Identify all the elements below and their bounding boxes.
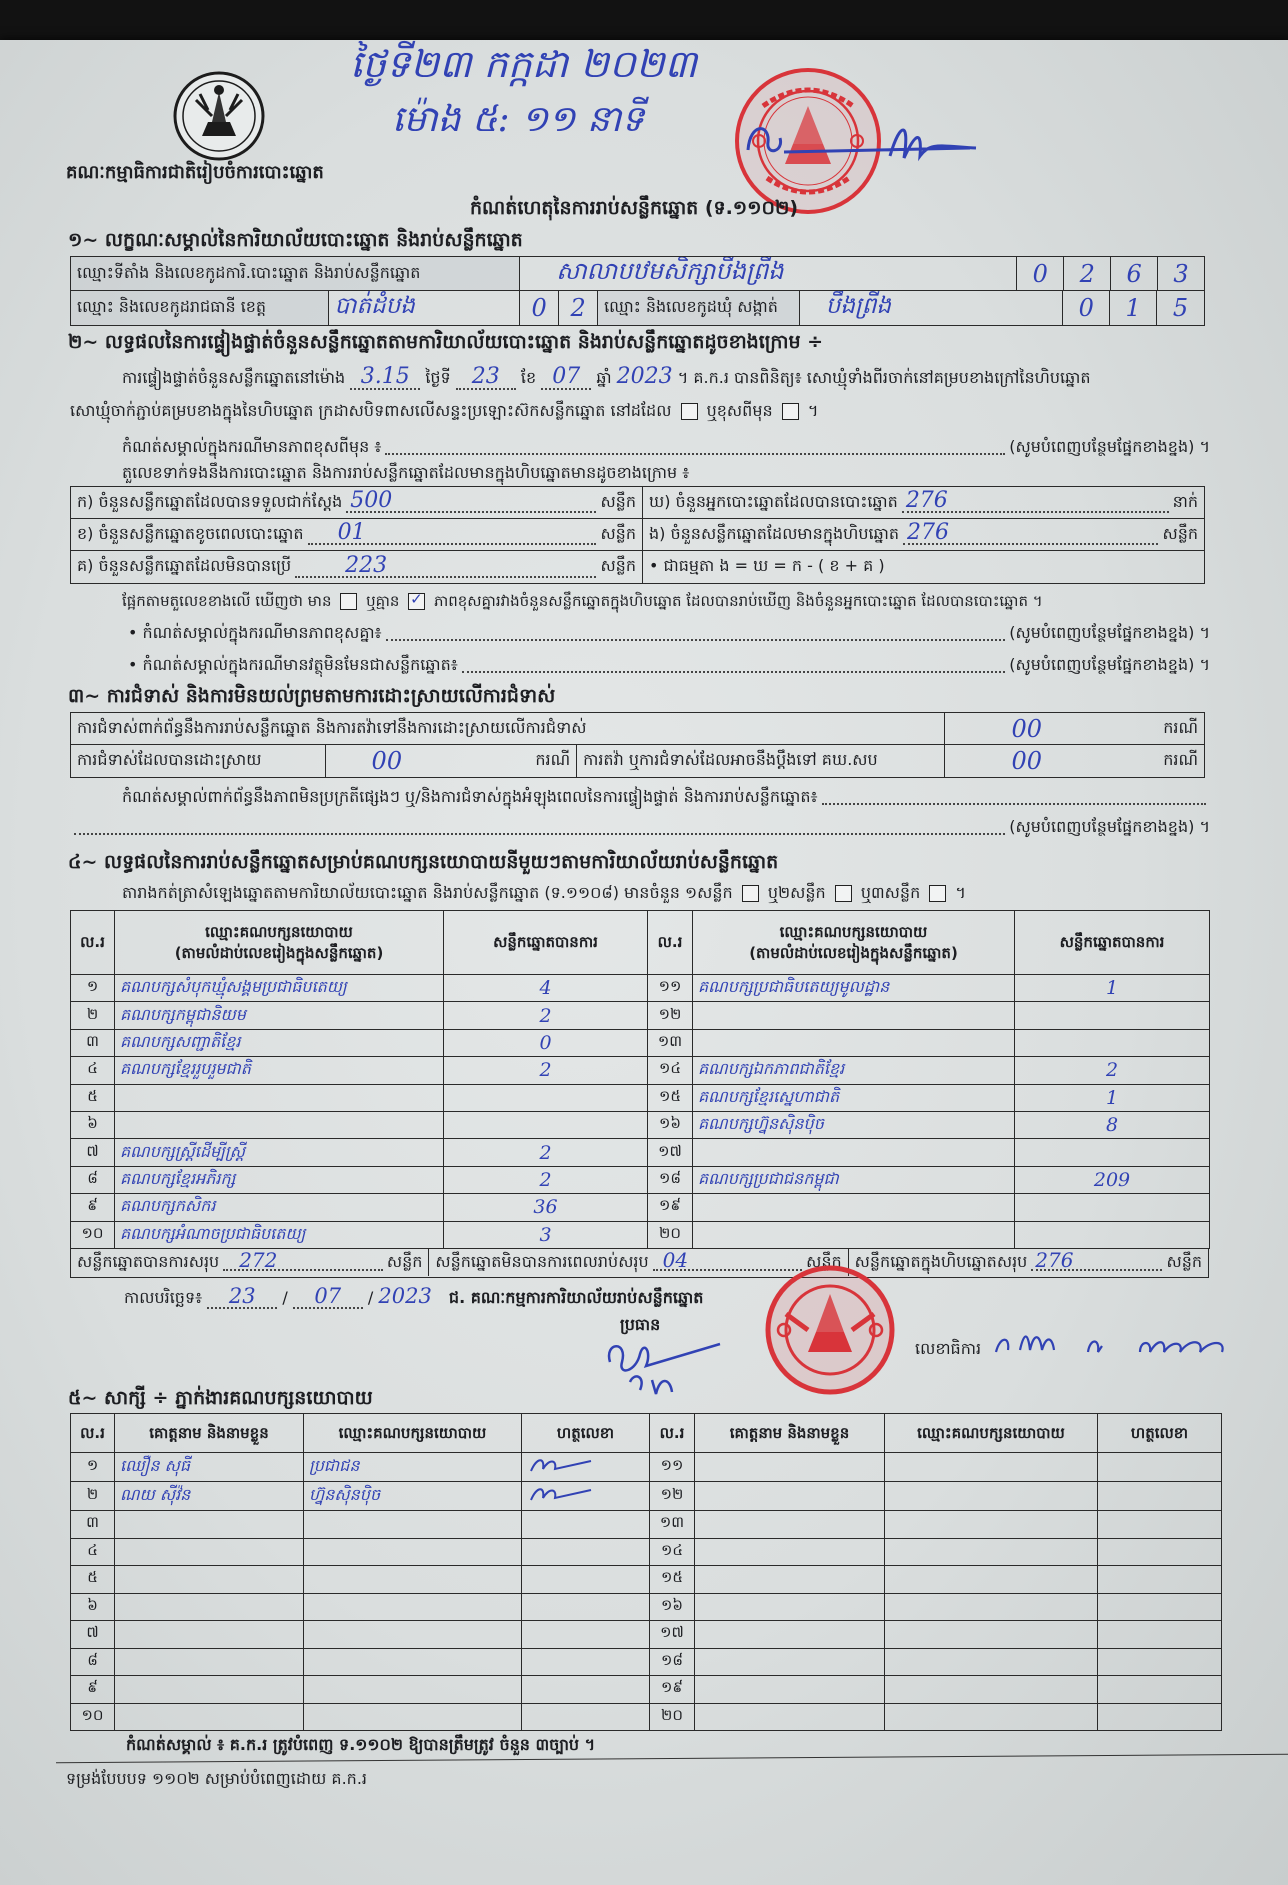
date-day: 23 (207, 1286, 277, 1309)
valid-votes (444, 1084, 648, 1111)
valid-votes: 4 (444, 975, 648, 1002)
section3-heading: ៣~ ការជំទាស់ និងការមិនយល់ព្រមតាមការដោះស្… (68, 684, 555, 712)
section4-heading: ៤~ លទ្ធផលនៃការរាប់សន្លឹកឆ្នោតសម្រាប់គណបក… (68, 850, 778, 878)
station-code-digit: 2 (1080, 260, 1095, 288)
province-code-digit: 2 (570, 294, 585, 322)
witness-party (885, 1676, 1098, 1704)
witness-party (304, 1538, 522, 1566)
table-row: ២ណយ ស៊ីវ៉នហ្វ៊ុនស៊ិនប៉ិច១២ (71, 1482, 1222, 1511)
witness-party (885, 1511, 1098, 1539)
row-number: ១៣ (648, 1029, 693, 1056)
complaints-label: ការជំទាស់ពាក់ព័ន្ធនឹងការរាប់សន្លឹកឆ្នោត … (71, 713, 945, 744)
unit-label: សន្លឹក (600, 523, 636, 547)
row-number: ២០ (650, 1703, 695, 1731)
row-number: ១៨ (648, 1166, 693, 1193)
witness-party: ហ្វ៊ុនស៊ិនប៉ិច (304, 1482, 522, 1511)
row-number: ២ (71, 1482, 115, 1511)
witness-name (695, 1566, 885, 1594)
in-box-value: 276 (907, 520, 949, 545)
witness-signature (522, 1482, 650, 1511)
valid-votes: 36 (444, 1194, 648, 1221)
party-name: គណបក្សខ្មែររួបរួមជាតិ (115, 1057, 444, 1084)
president-signature (600, 1332, 750, 1402)
two-sheets-checkbox[interactable] (835, 885, 852, 902)
witness-signature (1098, 1703, 1222, 1731)
table-header: ល.រ គោត្តនាម និងនាមខ្លួន ឈ្មោះគណបក្សនយោប… (71, 1414, 1222, 1453)
secretary-label: លេខាធិការ (915, 1338, 981, 1362)
valid-votes: 1 (1015, 1084, 1210, 1111)
row-number: ១៦ (650, 1593, 695, 1621)
witness-name (695, 1703, 885, 1731)
witness-name (695, 1621, 885, 1649)
table-row: ៣គណបក្សសញ្ជាតិខ្មែរ0១៣ (71, 1029, 1210, 1056)
party-name (693, 1139, 1015, 1166)
row-number: ១០ (71, 1221, 115, 1248)
table-row: ១គណបក្សសំបុកឃ្មុំសង្គមប្រជាធិបតេយ្យ4១១គណ… (71, 975, 1210, 1002)
table-row: ៥១៥គណបក្សខ្មែរស្នេហាជាតិ1 (71, 1084, 1210, 1111)
difference-note-label: • កំណត់សម្គាល់ក្នុងករណីមានភាពខុសគ្នា៖ (128, 622, 382, 646)
row-number: ២០ (648, 1221, 693, 1248)
foreign-object-note-field (462, 670, 1005, 673)
row-number: ១៩ (650, 1676, 695, 1704)
witness-signature (522, 1593, 650, 1621)
commune-label: ឈ្មោះ និងលេខកូដឃុំ សង្កាត់ (598, 291, 800, 325)
verify-year: 2023 (617, 364, 673, 389)
row-number: ១៥ (650, 1566, 695, 1594)
three-sheets-checkbox[interactable] (929, 885, 946, 902)
irregularity-note-line: កំណត់សម្គាល់ពាក់ព័ន្ធនឹងភាពមិនប្រក្រតីផ្… (122, 786, 1210, 810)
seal-same-checkbox[interactable] (681, 403, 698, 420)
org-name: គណៈកម្មាធិការជាតិរៀបចំការបោះឆ្នោត (66, 160, 324, 187)
irregularity-note-line-2: (សូមបំពេញបន្ថែមផ្នែកខាងខ្នង) ។ (70, 816, 1210, 840)
row-number: ៩ (71, 1676, 115, 1704)
witness-party (304, 1566, 522, 1594)
see-back-note: (សូមបំពេញបន្ថែមផ្នែកខាងខ្នង) ។ (1009, 654, 1210, 678)
tally-sheets-prefix: តារាងកត់ត្រាសំឡេងឆ្នោតតាមការិយាល័យបោះឆ្ន… (122, 883, 733, 902)
col-party-sub: (តាមលំដាប់លេខរៀងក្នុងសន្លឹកឆ្នោត) (698, 943, 1009, 963)
section2-heading: ២~ លទ្ធផលនៃការផ្ទៀងផ្ទាត់ចំនួនសន្លឹកឆ្នោ… (68, 330, 823, 358)
row-number: ៩ (71, 1194, 115, 1221)
witness-party (885, 1593, 1098, 1621)
witness-signature (1098, 1538, 1222, 1566)
row-number: ៨ (71, 1648, 115, 1676)
appeal-label: ការតវ៉ា ឬការជំទាស់ដែលអាចនឹងប្ដឹងទៅ គឃ.សប (577, 745, 945, 777)
col-votes: សន្លឹកឆ្នោតបានការ (1015, 911, 1210, 975)
valid-votes: 209 (1015, 1166, 1210, 1193)
voters-value: 276 (906, 488, 948, 513)
table-row: ៦១៦ (71, 1593, 1222, 1621)
received-value: 500 (350, 488, 392, 513)
totals-row: សន្លឹកឆ្នោតបានការសរុប 272 សន្លឹក សន្លឹកឆ… (70, 1248, 1209, 1278)
date-line: កាលបរិច្ឆេទ៖ 23 / 07 / 2023 ជ. គណៈកម្មកា… (124, 1284, 703, 1311)
witness-name (695, 1676, 885, 1704)
col-no: ល.រ (71, 1414, 115, 1453)
table-row: ៥១៥ (71, 1566, 1222, 1594)
diff-note-field (385, 452, 1005, 455)
party-name: គណបក្សសំបុកឃ្មុំសង្គមប្រជាធិបតេយ្យ (115, 975, 444, 1002)
witness-party (885, 1566, 1098, 1594)
row-number: ១៧ (650, 1621, 695, 1649)
verify-day: 23 (456, 366, 516, 390)
end-mark: ។ (955, 883, 966, 902)
valid-votes (1015, 1002, 1210, 1029)
row-number: ១៤ (648, 1057, 693, 1084)
party-name: គណបក្សហ្វ៊ុនស៊ិនប៉ិច (693, 1111, 1015, 1138)
unit-label: សន្លឹក (600, 491, 636, 515)
witness-name (115, 1648, 304, 1676)
witness-party (885, 1621, 1098, 1649)
witness-party (304, 1676, 522, 1704)
handwritten-date: ថ្ងៃទី២៣ កក្កដា ២០២៣ (350, 40, 697, 96)
witness-name (695, 1593, 885, 1621)
witness-signature (1098, 1676, 1222, 1704)
two-sheets-label: ឬ២សន្លឹក (768, 883, 826, 902)
verify-prefix: ការផ្ទៀងផ្ទាត់ចំនួនសន្លឹកឆ្នោតនៅម៉ោង (122, 368, 345, 387)
witness-table: ល.រ គោត្តនាម និងនាមខ្លួន ឈ្មោះគណបក្សនយោប… (70, 1413, 1222, 1731)
row-number: ៨ (71, 1166, 115, 1193)
row-number: ៤ (71, 1057, 115, 1084)
party-name: គណបក្សប្រជាជនកម្ពុជា (693, 1166, 1015, 1193)
difference-note-field (386, 638, 1006, 641)
top-signature (740, 112, 980, 172)
invalid-total-label: សន្លឹកឆ្នោតមិនបានការពេលរាប់សរុប (435, 1251, 648, 1275)
unit-label: សន្លឹក (600, 555, 636, 579)
discrepancy-prefix: ផ្អែកតាមតួលេខខាងលើ ឃើញថា មាន (122, 592, 332, 610)
row-number: ៧ (71, 1139, 115, 1166)
party-name: គណបក្សអំណាចប្រជាធិបតេយ្យ (115, 1221, 444, 1248)
party-name: គណបក្សកម្ពុជានិយម (115, 1002, 444, 1029)
station-label: ឈ្មោះទីតាំង និងលេខកូដការិ.បោះឆ្នោត និងរា… (71, 257, 520, 290)
year-label: ឆ្នាំ (596, 368, 611, 387)
row-number: ៦ (71, 1593, 115, 1621)
party-name: គណបក្សស្ត្រីដើម្បីស្ត្រី (115, 1139, 444, 1166)
witness-name (695, 1648, 885, 1676)
col-no: ល.រ (71, 911, 115, 975)
witness-party (885, 1482, 1098, 1511)
valid-votes: 8 (1015, 1111, 1210, 1138)
row-number: ១៨ (650, 1648, 695, 1676)
table-row: ៣១៣ (71, 1511, 1222, 1539)
verification-line: ការផ្ទៀងផ្ទាត់ចំនួនសន្លឹកឆ្នោតនៅម៉ោង 3.1… (122, 364, 1091, 391)
witness-name (115, 1566, 304, 1594)
foreign-object-note-label: • កំណត់សម្គាល់ក្នុងករណីមានវត្ថុមិនមែនជាស… (128, 654, 458, 678)
row-number: ១៣ (650, 1511, 695, 1539)
party-name: គណបក្សខ្មែរស្នេហាជាតិ (693, 1084, 1015, 1111)
nec-emblem-icon (172, 70, 266, 162)
diff-note-line: កំណត់សម្គាល់ក្នុងករណីមានភាពខុសពីមុន ៖ (ស… (122, 436, 1210, 460)
witness-party (885, 1538, 1098, 1566)
row-number: ៥ (71, 1084, 115, 1111)
spoiled-label: ខ) ចំនួនសន្លឹកឆ្នោតខូចពេលបោះឆ្នោត (77, 523, 304, 547)
province-label: ឈ្មោះ និងលេខកូដរាជធានី ខេត្ត (71, 291, 329, 325)
discrepancy-no-checkbox[interactable] (408, 593, 425, 610)
unit-label: ករណី (1163, 749, 1198, 773)
witness-signature (522, 1648, 650, 1676)
table-row: ៨គណបក្សខ្មែរអភិរក្ស2១៨គណបក្សប្រជាជនកម្ពុ… (71, 1166, 1210, 1193)
difference-note-line: • កំណត់សម្គាល់ក្នុងករណីមានភាពខុសគ្នា៖ (ស… (128, 622, 1210, 646)
witness-signature (1098, 1621, 1222, 1649)
row-number: ៣ (71, 1029, 115, 1056)
table-row: ៨១៨ (71, 1648, 1222, 1676)
province-code-digit: 0 (532, 294, 547, 322)
row-number: ១៥ (648, 1084, 693, 1111)
witness-party (304, 1648, 522, 1676)
end-mark: ។ (808, 401, 819, 420)
table-row: ៦១៦គណបក្សហ្វ៊ុនស៊ិនប៉ិច8 (71, 1111, 1210, 1138)
row-number: ១ (71, 975, 115, 1002)
witness-signature (1098, 1566, 1222, 1594)
appeal-value: 00 (1011, 747, 1042, 775)
commune-code-digit: 5 (1173, 294, 1188, 322)
resolved-label: ការជំទាស់ដែលបានដោះស្រាយ (71, 745, 326, 777)
witness-signature (522, 1621, 650, 1649)
row-number: ១២ (648, 1002, 693, 1029)
verify-suffix: ។ គ.ក.រ បានពិនិត្យ៖ សោឃ្មុំទាំងពីរចាក់នៅ… (678, 368, 1091, 387)
discrepancy-or: ឬគ្មាន (366, 592, 399, 610)
witness-party (304, 1511, 522, 1539)
party-name (115, 1084, 444, 1111)
date-label: កាលបរិច្ឆេទ៖ (124, 1288, 202, 1307)
commune-code-digit: 0 (1079, 294, 1094, 322)
valid-total-label: សន្លឹកឆ្នោតបានការសរុប (77, 1251, 219, 1275)
col-signature: ហត្ថលេខា (1098, 1414, 1222, 1453)
witness-signature (1098, 1648, 1222, 1676)
witness-name (115, 1621, 304, 1649)
witness-signature (1098, 1482, 1222, 1511)
section1-heading: ១~ លក្ខណៈសម្គាល់នៃការិយាល័យបោះឆ្នោត និងរ… (68, 228, 523, 256)
valid-votes (1015, 1221, 1210, 1248)
see-back-note: (សូមបំពេញបន្ថែមផ្នែកខាងខ្នង) ។ (1009, 816, 1210, 840)
witness-party (885, 1703, 1098, 1731)
col-party: ឈ្មោះគណបក្សនយោបាយ (885, 1414, 1098, 1453)
col-party-sub: (តាមលំដាប់លេខរៀងក្នុងសន្លឹកឆ្នោត) (120, 943, 438, 963)
in-box-label: ង) ចំនួនសន្លឹកឆ្នោតដែលមានក្នុងហិបឆ្នោត (649, 523, 899, 547)
party-name (693, 1221, 1015, 1248)
table-row: ៩១៩ (71, 1676, 1222, 1704)
counts-table: ក) ចំនួនសន្លឹកឆ្នោតដែលបានទទួលជាក់ស្ដែង 5… (70, 486, 1205, 584)
witness-name: ឈឿន សុធី (115, 1453, 304, 1482)
witness-signature (522, 1676, 650, 1704)
resolved-value: 00 (372, 747, 403, 775)
commune-code-digit: 1 (1125, 294, 1140, 322)
unit-label: ករណី (535, 749, 570, 773)
witness-name (115, 1593, 304, 1621)
table-row: ៧១៧ (71, 1621, 1222, 1649)
table-row: ៤១៤ (71, 1538, 1222, 1566)
form-title: កំណត់ហេតុនៃការរាប់សន្លឹកឆ្នោត (ទ.១១០២) (470, 196, 798, 224)
date-year: 2023 (378, 1284, 431, 1308)
spoiled-value: 01 (338, 520, 366, 545)
diff-note-label: កំណត់សម្គាល់ក្នុងករណីមានភាពខុសពីមុន ៖ (122, 436, 381, 460)
party-name: គណបក្សប្រជាធិបតេយ្យមូលដ្ឋាន (693, 975, 1015, 1002)
table-header: ល.រ ឈ្មោះគណបក្សនយោបាយ(តាមលំដាប់លេខរៀងក្ន… (71, 911, 1210, 975)
witness-party: ប្រជាជន (304, 1453, 522, 1482)
col-name: គោត្តនាម និងនាមខ្លួន (695, 1414, 885, 1453)
witness-name: ណយ ស៊ីវ៉ន (115, 1482, 304, 1511)
seal-line: សោឃ្មុំចាក់ភ្ជាប់គម្របខាងក្នុងនៃហិបឆ្នោត… (70, 400, 818, 424)
box-total-value: 276 (1035, 1249, 1073, 1272)
completion-note: កំណត់សម្គាល់ ៖ គ.ក.រ ត្រូវបំពេញ ទ.១១០២ ឱ… (126, 1734, 595, 1758)
row-number: ៦ (71, 1111, 115, 1138)
table-row: ១០គណបក្សអំណាចប្រជាធិបតេយ្យ3២០ (71, 1221, 1210, 1248)
complaints-table: ការជំទាស់ពាក់ព័ន្ធនឹងការរាប់សន្លឹកឆ្នោត … (70, 712, 1205, 778)
irregularity-note-field (822, 802, 1206, 805)
witness-signature (522, 1703, 650, 1731)
witness-signature (522, 1566, 650, 1594)
voters-label: ឃ) ចំនួនអ្នកបោះឆ្នោតដែលបានបោះឆ្នោត (649, 491, 898, 515)
date-month: 07 (293, 1286, 363, 1309)
figures-intro: តួលេខទាក់ទងនឹងការបោះឆ្នោត និងការរាប់សន្ល… (122, 462, 689, 486)
col-votes: សន្លឹកឆ្នោតបានការ (444, 911, 648, 975)
witness-party (304, 1593, 522, 1621)
station-code-digit: 0 (1033, 260, 1048, 288)
formula: • ជាធម្មតា ង = ឃ = ក - ( ខ + គ ) (643, 551, 1204, 583)
party-name (693, 1029, 1015, 1056)
discrepancy-yes-checkbox[interactable] (340, 593, 357, 610)
witness-signature (522, 1511, 650, 1539)
discrepancy-suffix: ភាពខុសគ្នារវាងចំនួនសន្លឹកឆ្នោតក្នុងហិបឆ្… (434, 592, 1043, 610)
seal-changed-checkbox[interactable] (782, 403, 799, 420)
verify-month: 07 (541, 366, 591, 390)
witness-name (695, 1482, 885, 1511)
date-separator: / (282, 1288, 287, 1307)
handwritten-time: ម៉ោង ៥: ១១ នាទី (392, 96, 644, 149)
valid-votes: 1 (1015, 975, 1210, 1002)
form-footer: ទម្រង់បែបបទ ១១០២ សម្រាប់បំពេញដោយ គ.ក.រ (66, 1768, 367, 1792)
witness-name (115, 1703, 304, 1731)
party-name: គណបក្សខ្មែរអភិរក្ស (115, 1166, 444, 1193)
table-row: ១ឈឿន សុធីប្រជាជន១១ (71, 1453, 1222, 1482)
witness-party (304, 1621, 522, 1649)
seal-or-label: ឬខុសពីមុន (707, 401, 773, 420)
witness-name (115, 1676, 304, 1704)
table-row: ២គណបក្សកម្ពុជានិយម2១២ (71, 1002, 1210, 1029)
station-info-table: ឈ្មោះទីតាំង និងលេខកូដការិ.បោះឆ្នោត និងរា… (70, 256, 1205, 326)
complaints-value: 00 (1011, 715, 1042, 743)
witness-signature (1098, 1511, 1222, 1539)
row-number: ២ (71, 1002, 115, 1029)
province-name: បាត់ដំបង (335, 292, 415, 325)
secretary-signature (990, 1322, 1240, 1362)
committee-label: ជ. គណៈកម្មការការិយាល័យរាប់សន្លឹកឆ្នោត (449, 1288, 703, 1307)
witness-party (885, 1453, 1098, 1482)
witness-name (115, 1511, 304, 1539)
valid-votes (1015, 1194, 1210, 1221)
station-name: សាលាបឋមសិក្សាបឹងព្រីង (556, 257, 783, 290)
witness-name (695, 1511, 885, 1539)
col-signature: ហត្ថលេខា (522, 1414, 650, 1453)
row-number: ១៤ (650, 1538, 695, 1566)
section5-heading: ៥~ សាក្សី ÷ ភ្នាក់ងារគណបក្សនយោបាយ (68, 1386, 373, 1414)
table-row: ៩គណបក្សកសិករ36១៩ (71, 1194, 1210, 1221)
valid-votes: 2 (444, 1166, 648, 1193)
col-party: ឈ្មោះគណបក្សនយោបាយ(តាមលំដាប់លេខរៀងក្នុងសន… (115, 911, 444, 975)
verify-time: 3.15 (350, 366, 420, 390)
station-code-digit: 3 (1173, 260, 1188, 288)
received-label: ក) ចំនួនសន្លឹកឆ្នោតដែលបានទទួលជាក់ស្ដែង (77, 491, 342, 515)
col-no: ល.រ (648, 911, 693, 975)
party-name: គណបក្សកសិករ (115, 1194, 444, 1221)
valid-total-value: 272 (239, 1249, 277, 1272)
row-number: ៣ (71, 1511, 115, 1539)
party-name: គណបក្សសញ្ជាតិខ្មែរ (115, 1029, 444, 1056)
irregularity-note-field (74, 832, 1005, 835)
unit-label: សន្លឹក (1166, 1251, 1202, 1275)
party-results-table: ល.រ ឈ្មោះគណបក្សនយោបាយ(តាមលំដាប់លេខរៀងក្ន… (70, 910, 1210, 1249)
col-party-title: ឈ្មោះគណបក្សនយោបាយ (698, 922, 1009, 942)
date-separator: / (368, 1288, 373, 1307)
row-number: ១២ (650, 1482, 695, 1511)
table-row: ៤គណបក្សខ្មែររួបរួមជាតិ2១៤គណបក្សឯកភាពជាតិ… (71, 1057, 1210, 1084)
three-sheets-label: ឬ៣សន្លឹក (861, 883, 920, 902)
valid-votes: 2 (444, 1057, 648, 1084)
row-number: ៤ (71, 1538, 115, 1566)
row-number: ១១ (650, 1453, 695, 1482)
row-number: ១ (71, 1453, 115, 1482)
foreign-object-note-line: • កំណត់សម្គាល់ក្នុងករណីមានវត្ថុមិនមែនជាស… (128, 654, 1210, 678)
row-number: ១៧ (648, 1139, 693, 1166)
valid-votes: 3 (444, 1221, 648, 1248)
col-party: ឈ្មោះគណបក្សនយោបាយ (304, 1414, 522, 1453)
party-name: គណបក្សឯកភាពជាតិខ្មែរ (693, 1057, 1015, 1084)
see-back-note: (សូមបំពេញបន្ថែមផ្នែកខាងខ្នង) ។ (1009, 622, 1210, 646)
invalid-total-value: 04 (663, 1249, 688, 1272)
valid-votes (444, 1111, 648, 1138)
row-number: ១១ (648, 975, 693, 1002)
party-name (115, 1111, 444, 1138)
valid-votes: 2 (1015, 1057, 1210, 1084)
official-stamp-icon (764, 1264, 896, 1396)
valid-votes (1015, 1029, 1210, 1056)
row-number: ៧ (71, 1621, 115, 1649)
row-number: ១៦ (648, 1111, 693, 1138)
witness-party (304, 1703, 522, 1731)
unit-label: សន្លឹក (1162, 523, 1198, 547)
witness-name (695, 1538, 885, 1566)
col-party: ឈ្មោះគណបក្សនយោបាយ(តាមលំដាប់លេខរៀងក្នុងសន… (693, 911, 1015, 975)
valid-votes (1015, 1139, 1210, 1166)
col-party-title: ឈ្មោះគណបក្សនយោបាយ (120, 922, 438, 942)
unused-label: គ) ចំនួនសន្លឹកឆ្នោតដែលមិនបានប្រើ (77, 555, 291, 579)
see-back-note: (សូមបំពេញបន្ថែមផ្នែកខាងខ្នង) ។ (1009, 436, 1210, 460)
discrepancy-line: ផ្អែកតាមតួលេខខាងលើ ឃើញថា មាន ឬគ្មាន ភាពខ… (122, 592, 1043, 614)
month-label: ខែ (521, 368, 536, 387)
party-name (693, 1002, 1015, 1029)
unit-label: សន្លឹក (387, 1251, 423, 1275)
irregularity-note-label: កំណត់សម្គាល់ពាក់ព័ន្ធនឹងភាពមិនប្រក្រតីផ្… (122, 786, 818, 810)
witness-name (695, 1453, 885, 1482)
row-number: ៥ (71, 1566, 115, 1594)
row-number: ១០ (71, 1703, 115, 1731)
party-name (693, 1194, 1015, 1221)
day-label: ថ្ងៃទី (425, 368, 450, 387)
witness-name (115, 1538, 304, 1566)
unit-label: ករណី (1163, 717, 1198, 741)
witness-signature (522, 1538, 650, 1566)
seal-text: សោឃ្មុំចាក់ភ្ជាប់គម្របខាងក្នុងនៃហិបឆ្នោត… (70, 401, 671, 420)
commune-name: បឹងព្រីង (826, 292, 891, 325)
col-name: គោត្តនាម និងនាមខ្លួន (115, 1414, 304, 1453)
witness-party (885, 1648, 1098, 1676)
witness-signature (1098, 1453, 1222, 1482)
row-number: ១៩ (648, 1194, 693, 1221)
col-no: ល.រ (650, 1414, 695, 1453)
witness-signature (1098, 1593, 1222, 1621)
valid-votes: 2 (444, 1002, 648, 1029)
valid-votes: 0 (444, 1029, 648, 1056)
table-row: ៧គណបក្សស្ត្រីដើម្បីស្ត្រី2១៧ (71, 1139, 1210, 1166)
one-sheet-checkbox[interactable] (742, 885, 759, 902)
